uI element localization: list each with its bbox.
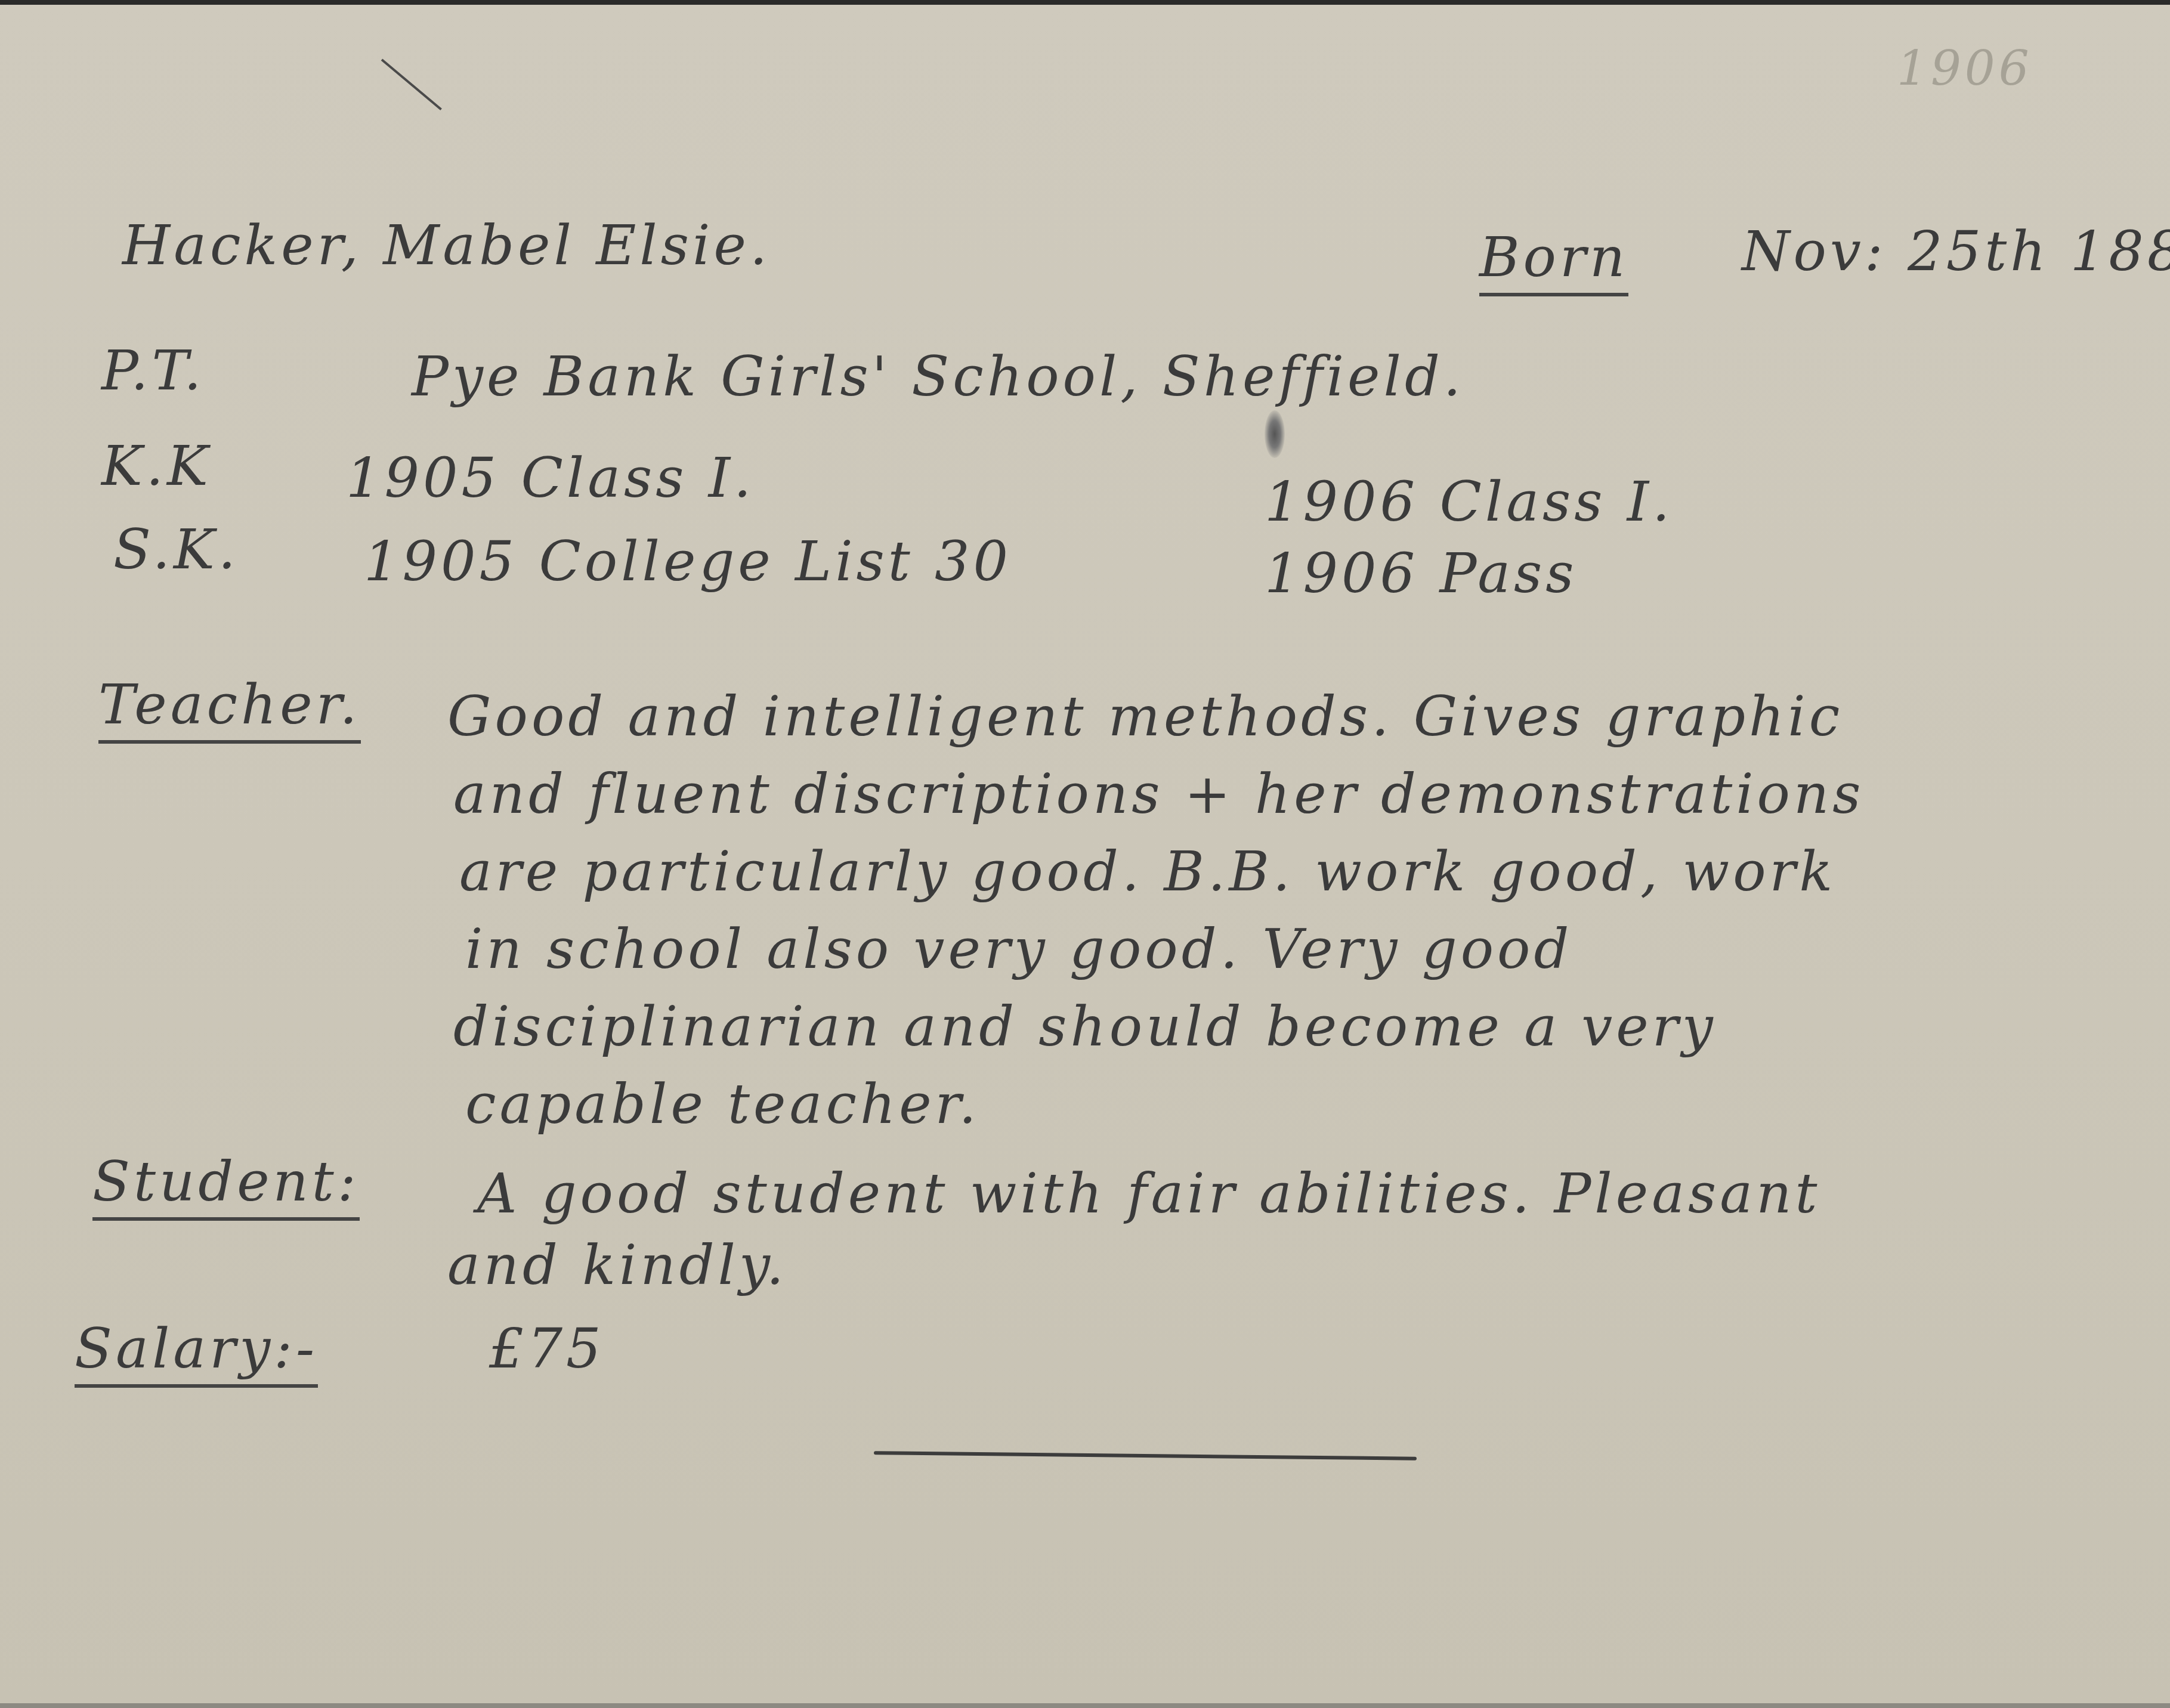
top-edge bbox=[0, 0, 2170, 5]
teacher-label: Teacher. bbox=[98, 673, 361, 744]
teacher-line-6: capable teacher. bbox=[465, 1072, 980, 1136]
bottom-edge bbox=[0, 1703, 2170, 1708]
teacher-line-4: in school also very good. Very good bbox=[465, 917, 1572, 981]
sk-value-1906: 1906 Pass bbox=[1265, 542, 1577, 605]
corner-year-note: 1906 bbox=[1897, 41, 2033, 96]
pencil-tick-mark bbox=[381, 58, 442, 110]
kk-value-1906: 1906 Class I. bbox=[1265, 470, 1673, 534]
sk-label: S.K. bbox=[113, 518, 239, 581]
sk-value-1905: 1905 College List 30 bbox=[364, 530, 1012, 593]
kk-value-1905: 1905 Class I. bbox=[346, 446, 755, 510]
kk-label: K.K bbox=[101, 434, 212, 498]
salary-label: Salary:- bbox=[75, 1317, 318, 1388]
teacher-line-5: disciplinarian and should become a very bbox=[453, 995, 1717, 1059]
salary-value: £75 bbox=[489, 1317, 605, 1381]
born-date: Nov: 25th 1884. bbox=[1742, 219, 2170, 283]
teacher-line-1: Good and intelligent methods. Gives grap… bbox=[447, 685, 1843, 748]
student-line-2: and kindly. bbox=[447, 1233, 787, 1297]
student-name: Hacker, Mabel Elsie. bbox=[122, 213, 771, 277]
teacher-line-2: and fluent discriptions + her demonstrat… bbox=[453, 762, 1864, 826]
closing-rule bbox=[874, 1451, 1417, 1461]
teacher-line-3: are particularly good. B.B. work good, w… bbox=[459, 840, 1836, 903]
pt-value: Pye Bank Girls' School, Sheffield. bbox=[412, 345, 1464, 409]
pt-label: P.T. bbox=[101, 339, 205, 403]
born-label: Born bbox=[1479, 225, 1628, 296]
student-label: Student: bbox=[92, 1150, 360, 1221]
student-line-1: A good student with fair abilities. Plea… bbox=[477, 1162, 1820, 1226]
record-card: 1906 Hacker, Mabel Elsie. Born Nov: 25th… bbox=[0, 5, 2170, 1703]
ink-smudge bbox=[1265, 410, 1285, 458]
